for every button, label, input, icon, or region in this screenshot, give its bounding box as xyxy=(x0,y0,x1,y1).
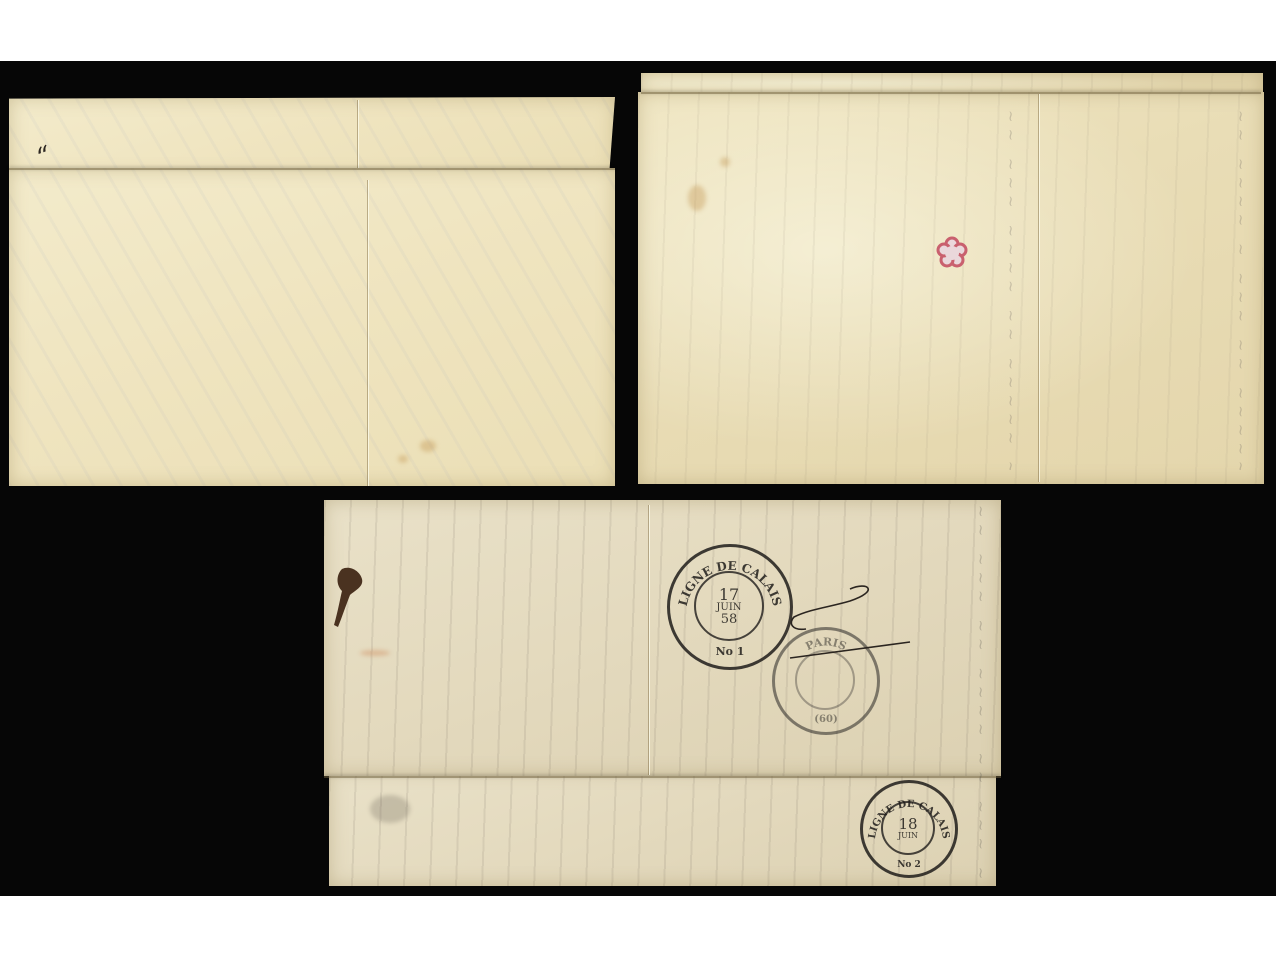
svg-text:No 2: No 2 xyxy=(897,860,921,870)
fold-line xyxy=(367,180,368,486)
foxing-stain xyxy=(360,650,390,656)
fold-line xyxy=(1038,94,1039,482)
postmark-month: JUIN xyxy=(898,832,918,840)
postmark-ligne-de-calais-2: LIGNE DE CALAIS No 2 18 JUIN xyxy=(860,780,958,878)
foxing-stain xyxy=(420,440,436,452)
foxing-stain xyxy=(720,157,730,167)
letter-top-left-front-panel xyxy=(9,168,615,486)
fold-line xyxy=(9,168,615,170)
postmark-month: JUIN xyxy=(716,603,741,613)
foxing-stain xyxy=(688,185,706,211)
foxing-stain xyxy=(398,455,408,463)
fold-line xyxy=(641,92,1261,94)
show-through-handwriting: ~~ ~~~ ~~~~ ~~ ~~~~~ ~~ ~~~ ~ ~~~~ ~~ ~~… xyxy=(660,110,1020,470)
show-through-handwriting: ~~ ~~~~ ~ ~~~ ~~ ~~~~~ ~~ ~~~ ~ ~~~~ ~~ … xyxy=(1050,110,1250,470)
svg-text:No 1: No 1 xyxy=(716,645,745,658)
postmark-date-circle: 18 JUIN xyxy=(881,801,935,855)
ink-specks xyxy=(370,795,410,823)
postmark-day: 18 xyxy=(898,817,917,832)
flower-wafer-seal xyxy=(936,236,968,268)
postmark-day: 17 xyxy=(719,587,739,603)
svg-text:(60): (60) xyxy=(814,714,837,725)
fold-line xyxy=(357,100,358,170)
wax-seal-remnant xyxy=(330,565,366,635)
postmark-date-circle: 17 JUIN 58 xyxy=(694,571,764,641)
manuscript-numeral-2 xyxy=(780,575,890,635)
postmark-year: 58 xyxy=(721,613,738,626)
letter-top-left-back-flap xyxy=(9,97,615,177)
